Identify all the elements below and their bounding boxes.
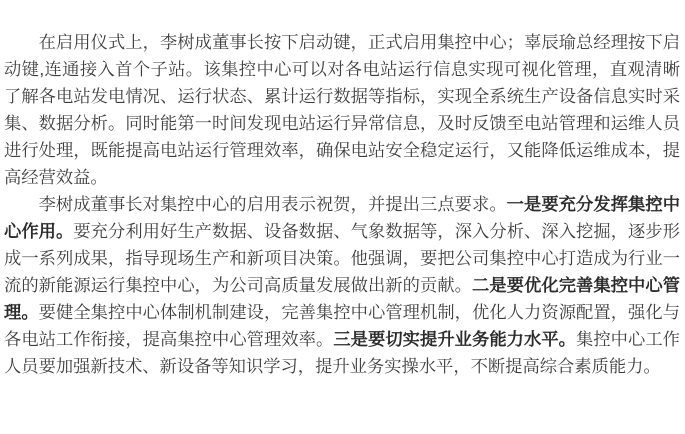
body-text-segment: 在启用仪式上，李树成董事长按下启动键，正式启用集控中心；辜辰瑜总经理按下启动键,… — [4, 32, 680, 187]
paragraph: 李树成董事长对集控中心的启用表示祝贺，并提出三点要求。一是要充分发挥集控中心作用… — [4, 191, 680, 380]
body-text-segment: 李树成董事长对集控中心的启用表示祝贺，并提出三点要求。 — [39, 194, 507, 214]
article-body: 在启用仪式上，李树成董事长按下启动键，正式启用集控中心；辜辰瑜总经理按下启动键,… — [0, 0, 685, 380]
emphasis-text-segment: 三是要切实提升业务能力水平。 — [333, 329, 576, 349]
paragraph: 在启用仪式上，李树成董事长按下启动键，正式启用集控中心；辜辰瑜总经理按下启动键,… — [4, 29, 680, 191]
